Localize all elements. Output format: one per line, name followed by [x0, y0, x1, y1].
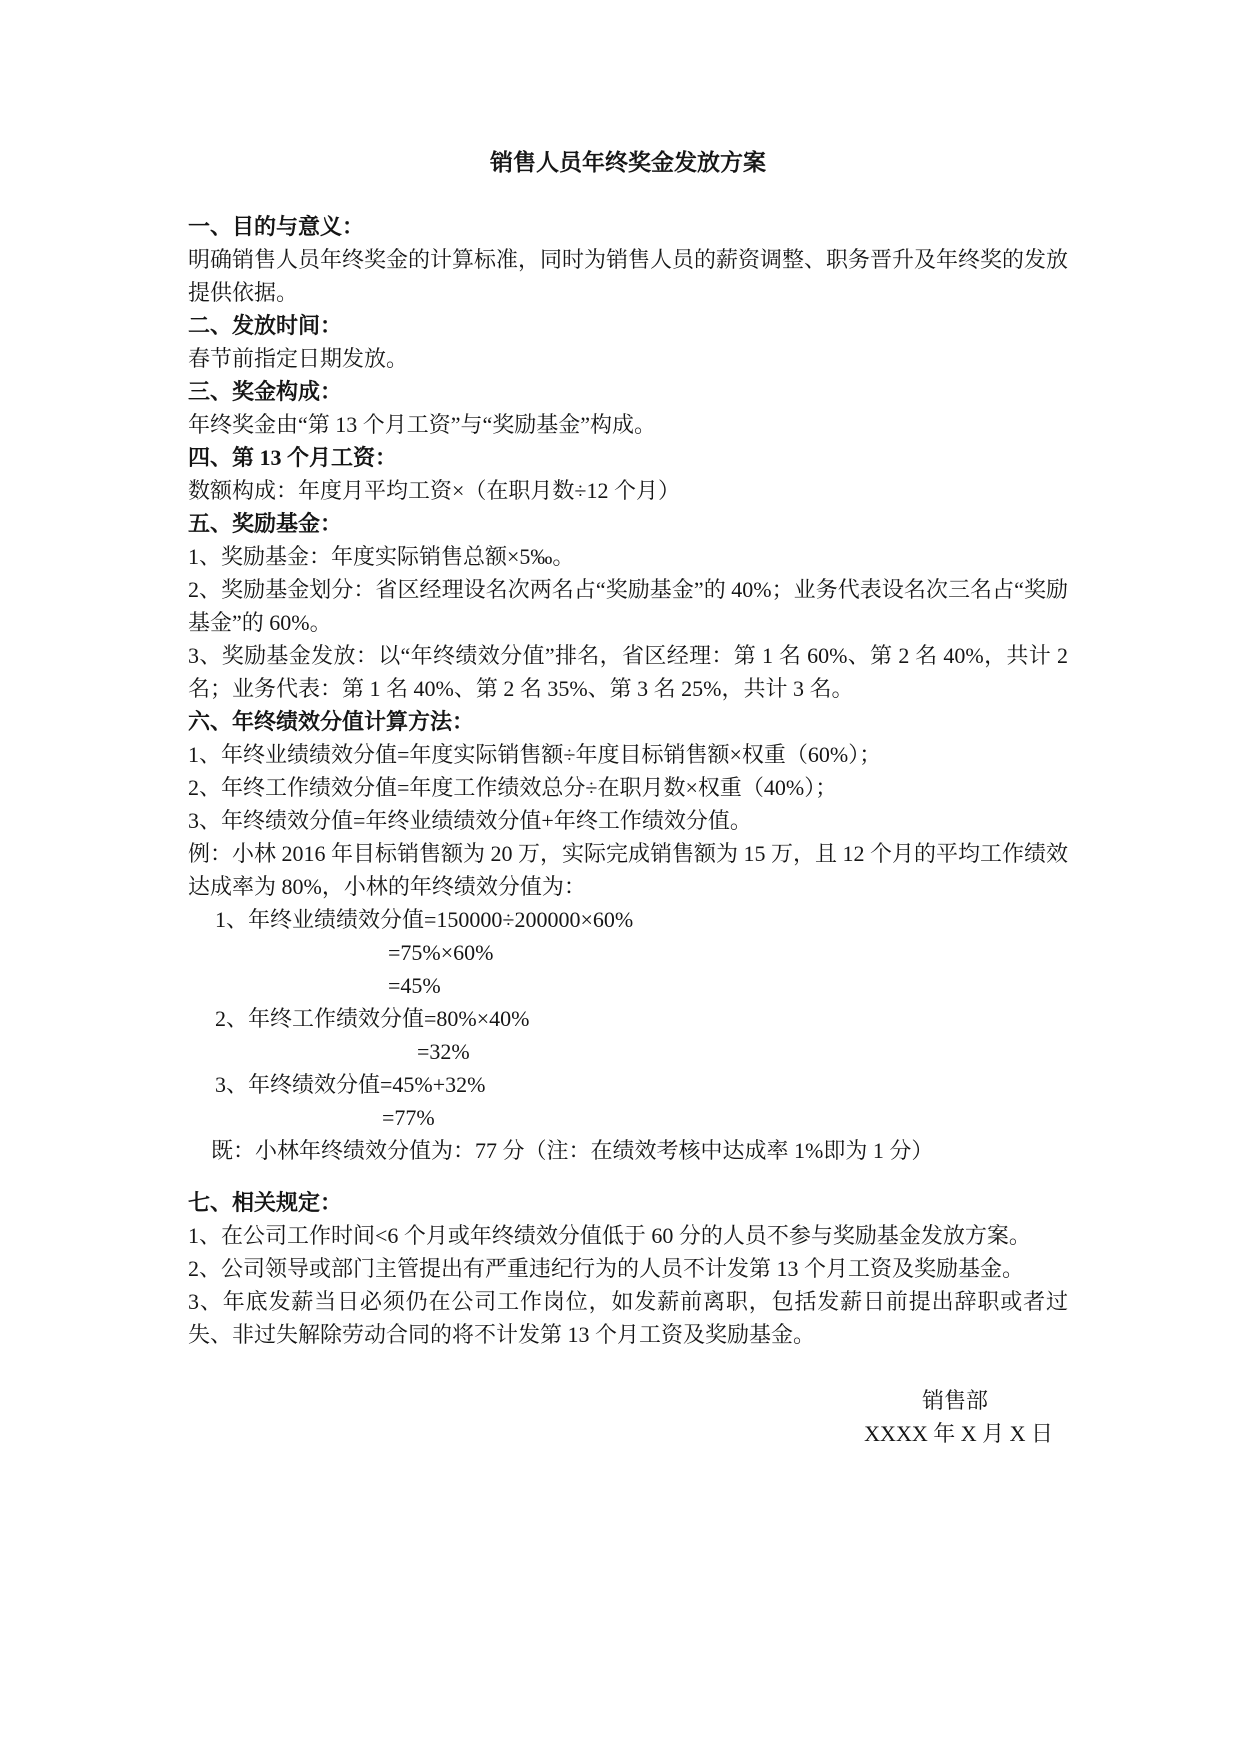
section-five-item-2: 2、奖励基金划分：省区经理设名次两名占“奖励基金”的 40%；业务代表设名次三名… — [188, 573, 1068, 639]
section-one-heading: 一、目的与意义： — [188, 210, 1068, 243]
signature-date: XXXX 年 X 月 X 日 — [188, 1417, 1068, 1450]
section-five-item-1: 1、奖励基金：年度实际销售总额×5‰。 — [188, 540, 1068, 573]
example-step-1: 1、年终业绩绩效分值=150000÷200000×60% — [215, 903, 1068, 936]
document-body: 一、目的与意义： 明确销售人员年终奖金的计算标准，同时为销售人员的薪资调整、职务… — [188, 210, 1068, 1167]
section-six-item-3: 3、年终绩效分值=年终业绩绩效分值+年终工作绩效分值。 — [188, 804, 1068, 837]
section-three-heading: 三、奖金构成： — [188, 375, 1068, 408]
section-six-item-2: 2、年终工作绩效分值=年度工作绩效总分÷在职月数×权重（40%）； — [188, 771, 1068, 804]
section-four-heading: 四、第 13 个月工资： — [188, 441, 1068, 474]
section-four-paragraph: 数额构成：年度月平均工资×（在职月数÷12 个月） — [188, 474, 1068, 507]
section-five-heading: 五、奖励基金： — [188, 507, 1068, 540]
example-formula-line: =45% — [388, 969, 1068, 1002]
example-intro: 例：小林 2016 年目标销售额为 20 万，实际完成销售额为 15 万，且 1… — [188, 837, 1068, 903]
example-formula-line: =77% — [382, 1101, 1068, 1134]
document-title: 销售人员年终奖金发放方案 — [188, 146, 1068, 179]
signature-block: 销售部 XXXX 年 X 月 X 日 — [188, 1384, 1068, 1450]
section-two-heading: 二、发放时间： — [188, 309, 1068, 342]
section-seven-item-1: 1、在公司工作时间<6 个月或年终绩效分值低于 60 分的人员不参与奖励基金发放… — [188, 1219, 1068, 1252]
signature-department: 销售部 — [188, 1384, 1068, 1417]
example-formula-line: =32% — [417, 1035, 1068, 1068]
section-seven-item-3: 3、年底发薪当日必须仍在公司工作岗位，如发薪前离职，包括发薪日前提出辞职或者过失… — [188, 1285, 1068, 1351]
section-one-paragraph: 明确销售人员年终奖金的计算标准，同时为销售人员的薪资调整、职务晋升及年终奖的发放… — [188, 243, 1068, 309]
example-step-2: 2、年终工作绩效分值=80%×40% — [215, 1002, 1068, 1035]
section-six-heading: 六、年终绩效分值计算方法： — [188, 705, 1068, 738]
section-six-item-1: 1、年终业绩绩效分值=年度实际销售额÷年度目标销售额×权重（60%）； — [188, 738, 1068, 771]
section-three-paragraph: 年终奖金由“第 13 个月工资”与“奖励基金”构成。 — [188, 408, 1068, 441]
section-two-paragraph: 春节前指定日期发放。 — [188, 342, 1068, 375]
example-conclusion: 既：小林年终绩效分值为：77 分（注：在绩效考核中达成率 1%即为 1 分） — [211, 1134, 1068, 1167]
section-five-item-3: 3、奖励基金发放：以“年终绩效分值”排名，省区经理：第 1 名 60%、第 2 … — [188, 639, 1068, 705]
example-step-3: 3、年终绩效分值=45%+32% — [215, 1068, 1068, 1101]
rules-section: 七、相关规定： 1、在公司工作时间<6 个月或年终绩效分值低于 60 分的人员不… — [188, 1186, 1068, 1351]
section-seven-item-2: 2、公司领导或部门主管提出有严重违纪行为的人员不计发第 13 个月工资及奖励基金… — [188, 1252, 1068, 1285]
section-seven-heading: 七、相关规定： — [188, 1186, 1068, 1219]
document-page: 销售人员年终奖金发放方案 一、目的与意义： 明确销售人员年终奖金的计算标准，同时… — [0, 0, 1241, 1754]
example-formula-line: =75%×60% — [388, 936, 1068, 969]
